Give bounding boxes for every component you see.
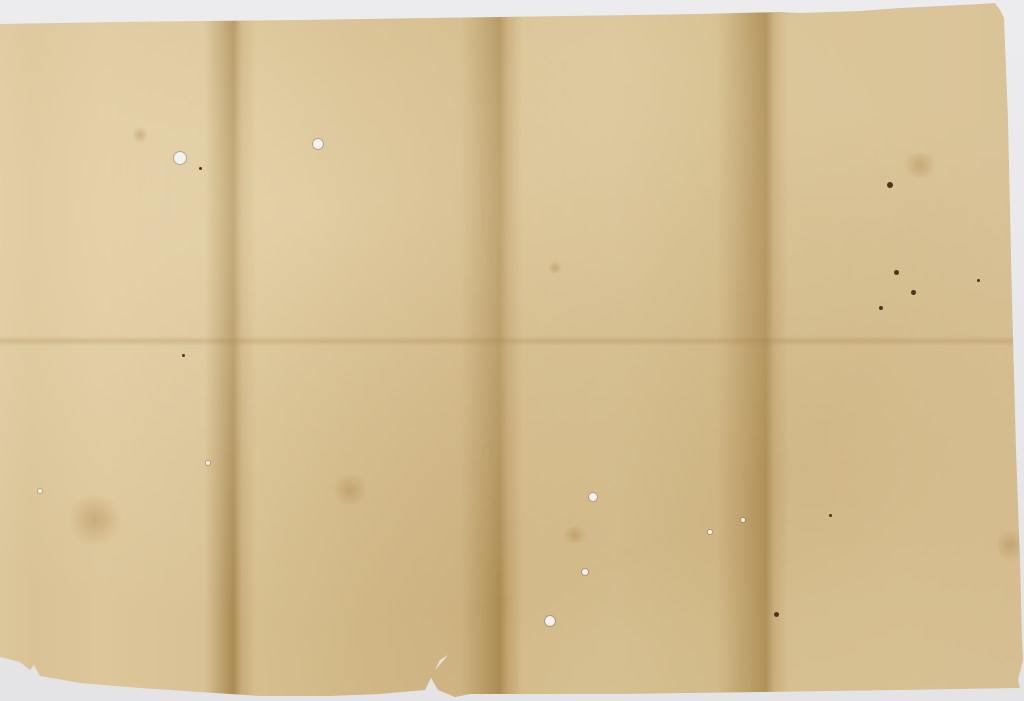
stain-mark (548, 261, 562, 275)
speck-mark (879, 306, 883, 310)
wormhole-mark (741, 518, 745, 522)
speck-mark (199, 167, 202, 170)
wormhole-mark (589, 493, 597, 501)
speck-mark (977, 279, 980, 282)
stain-mark (330, 475, 370, 505)
speck-mark (182, 354, 185, 357)
paper-surface (0, 0, 1024, 701)
speck-mark (774, 612, 779, 617)
wormhole-mark (545, 616, 555, 626)
wormhole-mark (38, 489, 42, 493)
stain-mark (900, 153, 940, 177)
wormhole-mark (708, 530, 712, 534)
stain-mark (65, 495, 125, 545)
wormhole-mark (313, 139, 323, 149)
speck-mark (894, 270, 899, 275)
stain-mark (560, 527, 590, 543)
speck-mark (887, 182, 893, 188)
stain-mark (133, 125, 147, 145)
aged-paper-sheet (0, 0, 1024, 701)
speck-mark (829, 514, 832, 517)
speck-mark (911, 290, 916, 295)
stain-mark (998, 525, 1022, 565)
wormhole-mark (206, 461, 210, 465)
wormhole-mark (174, 152, 186, 164)
wormhole-mark (582, 569, 588, 575)
